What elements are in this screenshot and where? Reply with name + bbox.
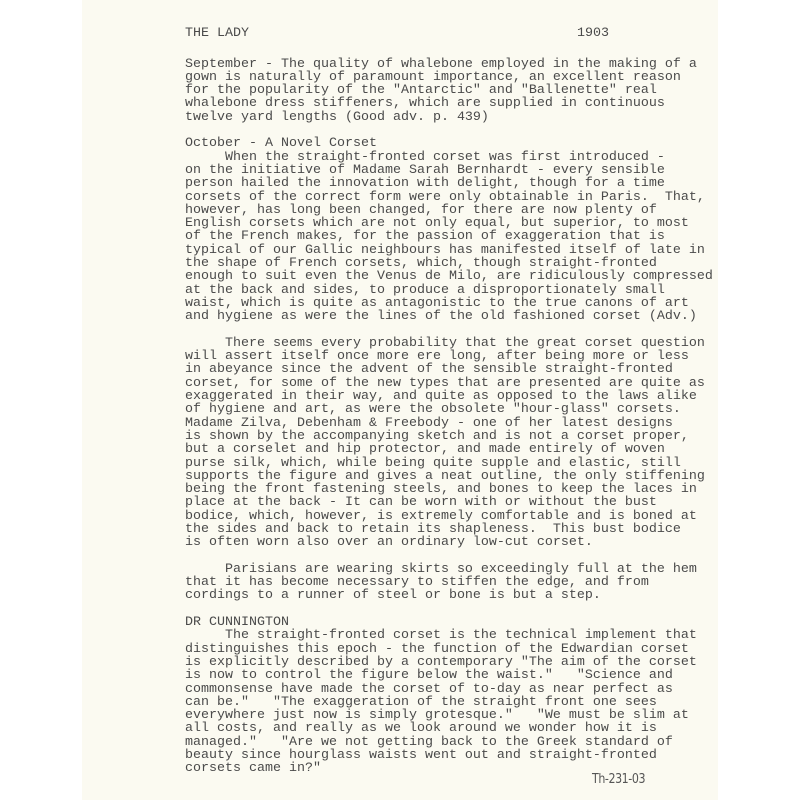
paragraph: When the straight-fronted corset was fir…: [185, 151, 800, 324]
text-line: can be." "The exaggeration of the straig…: [185, 696, 800, 709]
section-cunnington: DR CUNNINGTON The straight-fronted corse…: [185, 616, 800, 776]
section-september: September - The quality of whalebone emp…: [185, 58, 800, 124]
text-line: managed." "Are we not getting back to th…: [185, 736, 800, 749]
text-line: on the initiative of Madame Sarah Bernha…: [185, 164, 800, 177]
text-line: commonsense have made the corset of to-d…: [185, 683, 800, 696]
text-line: for the popularity of the "Antarctic" an…: [185, 84, 800, 97]
typewritten-document: THE LADY 1903 September - The quality of…: [185, 27, 800, 776]
document-header: THE LADY 1903: [185, 27, 800, 40]
text-line: the shape of French corsets, which, thou…: [185, 257, 800, 270]
text-line: bodice, which, however, is extremely com…: [185, 510, 800, 523]
text-line: waist, which is quite as antagonistic to…: [185, 297, 800, 310]
paragraph: Parisians are wearing skirts so exceedin…: [185, 563, 800, 603]
text-line: and hygiene as were the lines of the old…: [185, 310, 800, 323]
publication-title: THE LADY: [185, 26, 249, 41]
text-line: beauty since hourglass waists went out a…: [185, 749, 800, 762]
text-line: but a corselet and hip protector, and ma…: [185, 443, 800, 456]
text-line: gown is naturally of paramount importanc…: [185, 71, 800, 84]
text-line: is now to control the figure below the w…: [185, 669, 800, 682]
text-line: Parisians are wearing skirts so exceedin…: [185, 563, 800, 576]
text-line: at the back and sides, to produce a disp…: [185, 284, 800, 297]
text-line: will assert itself once more ere long, a…: [185, 350, 800, 363]
text-line: There seems every probability that the g…: [185, 337, 800, 350]
text-line: the sides and back to retain its shaplen…: [185, 523, 800, 536]
text-line: person hailed the innovation with deligh…: [185, 177, 800, 190]
text-line: whalebone dress stiffeners, which are su…: [185, 97, 800, 110]
paragraph: There seems every probability that the g…: [185, 337, 800, 550]
text-line: everywhere just now is simply grotesque.…: [185, 709, 800, 722]
text-line: When the straight-fronted corset was fir…: [185, 151, 800, 164]
text-line: The straight-fronted corset is the techn…: [185, 629, 800, 642]
text-line: is explicitly described by a contemporar…: [185, 656, 800, 669]
text-line: however, has long been changed, for ther…: [185, 204, 800, 217]
text-line: English corsets which are not only equal…: [185, 217, 800, 230]
text-line: supports the figure and gives a neat out…: [185, 470, 800, 483]
text-line: exaggerated in their way, and quite as o…: [185, 390, 800, 403]
text-line: distinguishes this epoch - the function …: [185, 643, 800, 656]
section-heading: October - A Novel Corset: [185, 137, 800, 150]
text-line: purse silk, which, while being quite sup…: [185, 457, 800, 470]
text-line: enough to suit even the Venus de Milo, a…: [185, 270, 800, 283]
text-line: is shown by the accompanying sketch and …: [185, 430, 800, 443]
text-line: all costs, and really as we look around …: [185, 722, 800, 735]
text-line: corset, for some of the new types that a…: [185, 377, 800, 390]
text-line: of hygiene and art, as were the obsolete…: [185, 403, 800, 416]
text-line: twelve yard lengths (Good adv. p. 439): [185, 111, 800, 124]
text-line: being the front fastening steels, and bo…: [185, 483, 800, 496]
text-line: cordings to a runner of steel or bone is…: [185, 589, 800, 602]
text-line: Madame Zilva, Debenham & Freebody - one …: [185, 417, 800, 430]
text-line: place at the back - It can be worn with …: [185, 496, 800, 509]
section-heading: DR CUNNINGTON: [185, 616, 800, 629]
text-line: September - The quality of whalebone emp…: [185, 58, 800, 71]
handwritten-archive-reference: Th-231-03: [592, 772, 645, 787]
text-line: that it has become necessary to stiffen …: [185, 576, 800, 589]
text-line: is often worn also over an ordinary low-…: [185, 536, 800, 549]
publication-year: 1903: [577, 27, 609, 40]
text-line: corsets came in?": [185, 762, 800, 775]
text-line: typical of our Gallic neighbours has man…: [185, 244, 800, 257]
text-line: corsets of the correct form were only ob…: [185, 191, 800, 204]
text-line: of the French makes, for the passion of …: [185, 230, 800, 243]
section-october: October - A Novel Corset When the straig…: [185, 137, 800, 602]
text-line: in abeyance since the advent of the sens…: [185, 363, 800, 376]
